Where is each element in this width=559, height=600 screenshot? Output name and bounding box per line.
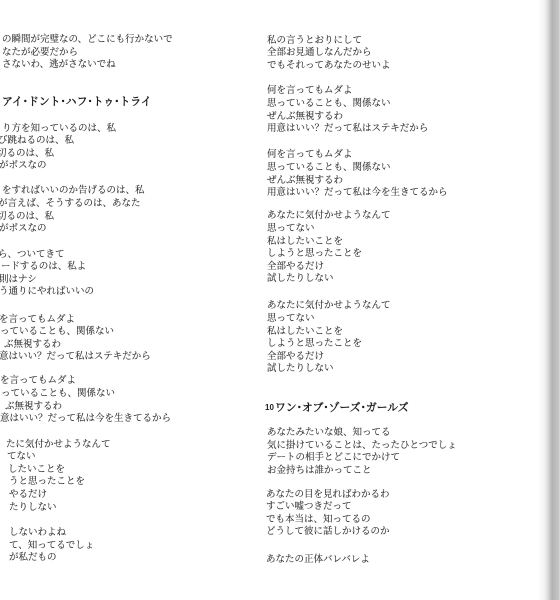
lyrics-line: でもそれってあなたのせいよ [267, 60, 391, 73]
lyrics-line: たに気付かせようなんて [6, 439, 111, 452]
stanza: をすればいいのか告げるのは、私 が言えば、そうするのは、あなた 切るのは、私 が… [2, 185, 145, 235]
lyrics-line: ぶ無視するわ [5, 401, 171, 414]
lyrics-line: 私の言うとおりにして [267, 35, 391, 48]
lyrics-line: り方を知っているのは、私 [2, 123, 116, 136]
lyrics-line: ら、ついてきて [0, 249, 94, 262]
lyrics-line: どうして彼に話しかけるのか [266, 526, 390, 539]
song-title: アイ･ドント･ハフ･トゥ･トライ [2, 95, 152, 109]
stanza: たに気付かせようなんて てない したいことを うと思ったことを やるだけ たりし… [6, 439, 111, 515]
lyrics-line: 思っていることも、関係ない [267, 98, 428, 111]
stanza: の瞬間が完璧なの、どこにも行かないで なたが必要だから さないわ、逃がさないでね [2, 34, 173, 72]
stanza: り方を知っているのは、私 び跳ねるのは、私 切るのは、私 がボスなの [2, 123, 116, 173]
lyrics-line: あなたの目を見ればわかるわ [266, 489, 390, 502]
lyrics-line: たりしない [9, 502, 111, 515]
lyrics-line: うと思ったことを [9, 476, 111, 489]
lyrics-line: しようと思ったことを [267, 248, 391, 261]
stanza: ら、ついてきて ードするのは、私よ 則はナシ う通りにやればいいの [3, 249, 94, 299]
lyrics-line: 全部やるだけ [267, 351, 391, 364]
left-column: の瞬間が完璧なの、どこにも行かないで なたが必要だから さないわ、逃がさないでね… [0, 0, 250, 600]
lyrics-line: がボスなの [0, 223, 145, 236]
lyrics-line: 試したりしない [267, 273, 391, 286]
lyrics-line: 意はいい？だって私は今を生きてるから [0, 413, 171, 426]
stanza: 何を言ってもムダよ 思っていることも、関係ない ぜんぶ無視するわ 用意はいい？だ… [267, 149, 448, 199]
lyrics-line: さないわ、逃がさないでね [2, 59, 173, 72]
stanza: あなたに気付かせようなんて 思ってない 私はしたいことを しようと思ったことを … [267, 300, 391, 376]
lyrics-line: あなたに気付かせようなんて [267, 210, 391, 223]
lyrics-line: 全部お見通しなんだから [267, 47, 391, 60]
track-number: 10 [265, 401, 274, 415]
stanza: を言ってもムダよ っていることも、関係ない ぶ無視するわ 意はいい？だって私はス… [4, 314, 151, 364]
lyrics-line: 何を言ってもムダよ [267, 149, 448, 162]
lyrics-line: すごい嘘つきだって [266, 501, 390, 514]
lyrics-line: 思ってない [267, 313, 391, 326]
stanza: 何を言ってもムダよ 思っていることも、関係ない ぜんぶ無視するわ 用意はいい？だ… [267, 85, 428, 135]
lyrics-line: 気に掛けていることは、たったひとつでしょ [267, 440, 457, 453]
stanza: あなたの正体バレバレよ [266, 554, 370, 567]
song-title: ワン･オブ･ゾーズ･ガールズ [275, 401, 409, 415]
lyrics-line: やるだけ [9, 489, 111, 502]
lyrics-line: てない [7, 451, 111, 464]
lyrics-line: 試したりしない [267, 363, 391, 376]
lyrics-line: が言えば、そうするのは、あなた [0, 198, 145, 211]
lyrics-line: あなたみたいな娘、知ってる [267, 427, 457, 440]
lyrics-line: ぶ無視するわ [4, 339, 151, 352]
lyrics-line: 私はしたいことを [267, 326, 391, 339]
lyrics-line: でも本当は、知ってるの [266, 514, 390, 527]
lyrics-line: がボスなの [0, 160, 116, 173]
lyrics-line: しようと思ったことを [267, 338, 391, 351]
lyrics-line: あなたの正体バレバレよ [266, 554, 370, 567]
lyrics-line: 則はナシ [0, 274, 94, 287]
stanza: しないわよね て、知ってるでしょ が私だもの [9, 527, 94, 565]
lyrics-line: お金持ちは誰かってこと [267, 465, 457, 478]
stanza: あなたの目を見ればわかるわ すごい嘘つきだって でも本当は、知ってるの どうして… [266, 489, 390, 539]
lyrics-line: の瞬間が完璧なの、どこにも行かないで [2, 34, 173, 47]
lyrics-line: 全部やるだけ [267, 261, 391, 274]
lyrics-line: う通りにやればいいの [0, 286, 94, 299]
lyrics-line: っていることも、関係ない [1, 388, 171, 401]
lyrics-line: っていることも、関係ない [0, 326, 151, 339]
lyrics-line: デートの相手とどこにでかけて [267, 452, 457, 465]
stanza: 私の言うとおりにして 全部お見通しなんだから でもそれってあなたのせいよ [267, 35, 391, 73]
lyrics-line: 用意はいい？だって私は今を生きてるから [267, 187, 448, 200]
lyrics-line: 私はしたいことを [267, 236, 391, 249]
lyrics-line: を言ってもムダよ [0, 375, 171, 388]
lyrics-line: 切るのは、私 [0, 211, 145, 224]
lyrics-line: なたが必要だから [2, 47, 173, 60]
lyrics-line: て、知ってるでしょ [9, 540, 94, 553]
page-edge-shadow [538, 0, 559, 600]
lyrics-line: 何を言ってもムダよ [267, 85, 428, 98]
lyrics-line: ぜんぶ無視するわ [267, 111, 428, 124]
lyrics-line: をすればいいのか告げるのは、私 [2, 185, 145, 198]
lyrics-line: 切るのは、私 [0, 148, 116, 161]
right-column: 私の言うとおりにして 全部お見通しなんだから でもそれってあなたのせいよ 何を言… [250, 0, 540, 600]
lyrics-line: あなたに気付かせようなんて [267, 300, 391, 313]
lyrics-line: しないわよね [9, 527, 94, 540]
lyrics-line: 用意はいい？だって私はステキだから [267, 123, 428, 136]
lyrics-line: を言ってもムダよ [0, 314, 151, 327]
stanza: を言ってもムダよ っていることも、関係ない ぶ無視するわ 意はいい？だって私は今… [5, 375, 171, 425]
stanza: あなたに気付かせようなんて 思ってない 私はしたいことを しようと思ったことを … [267, 210, 391, 286]
lyrics-line: 意はいい？だって私はステキだから [0, 351, 151, 364]
stanza: あなたみたいな娘、知ってる 気に掛けていることは、たったひとつでしょ デートの相… [267, 427, 457, 477]
lyrics-line: び跳ねるのは、私 [0, 135, 116, 148]
lyrics-line: 思ってない [267, 223, 391, 236]
lyrics-line: が私だもの [9, 552, 94, 565]
lyrics-line: 思っていることも、関係ない [267, 162, 448, 175]
lyrics-line: ードするのは、私よ [1, 261, 94, 274]
lyrics-line: ぜんぶ無視するわ [267, 175, 448, 188]
lyrics-line: したいことを [8, 464, 111, 477]
